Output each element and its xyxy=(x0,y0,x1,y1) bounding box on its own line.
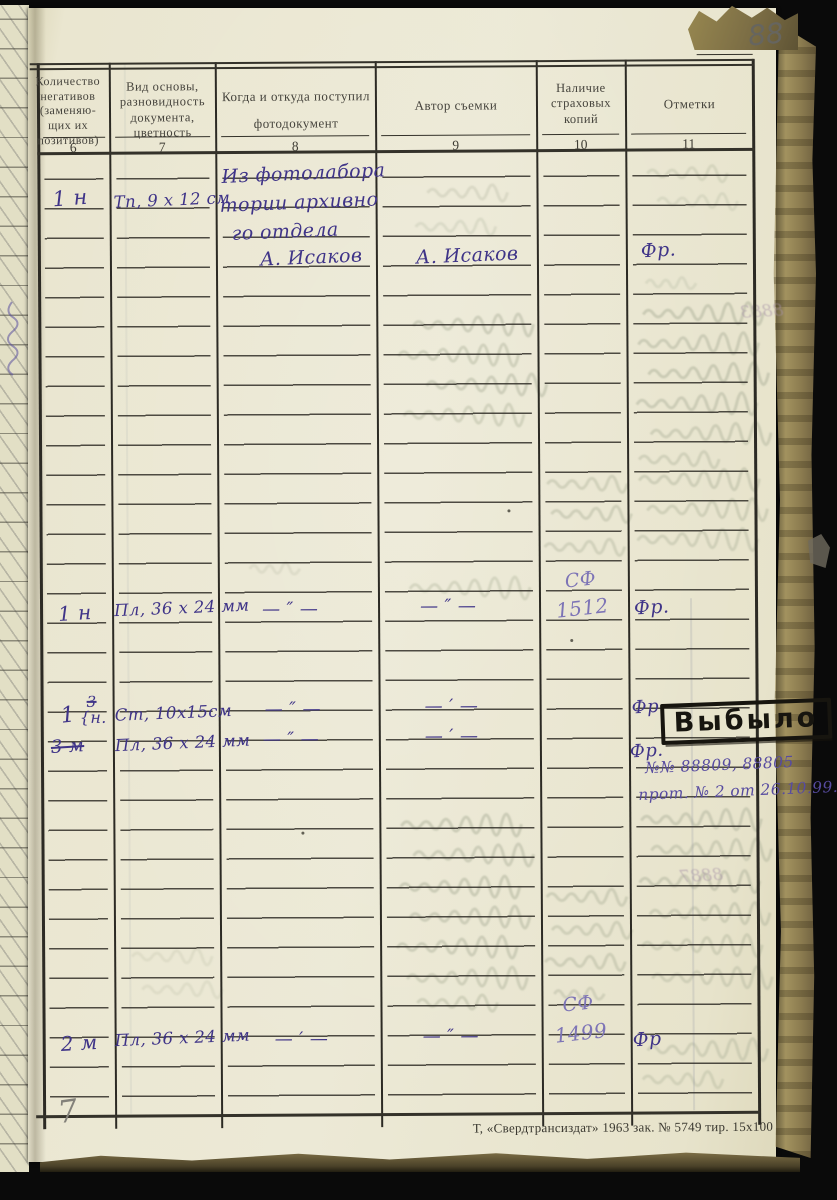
col10-number: 10 xyxy=(536,137,625,154)
margin-line xyxy=(697,54,753,56)
col9-number: 9 xyxy=(375,137,536,154)
entry1-author: А. Исаков xyxy=(415,242,518,268)
scanned-register-page: 8887 8883 Количе xyxy=(0,0,837,1200)
ruled-lines-col7 xyxy=(116,164,215,1115)
entry4-insurance-label: СФ xyxy=(561,991,594,1016)
entry1-quantity: 1 н xyxy=(52,185,89,212)
entry3a-author-ditto: — ′ — xyxy=(425,696,479,717)
col9-header: Автор съемки xyxy=(376,97,536,114)
entry3a-quantity-unit: {н. xyxy=(80,708,107,727)
header-underline xyxy=(381,134,530,136)
col7-number: 7 xyxy=(109,139,215,156)
entry3b-source-ditto: — ″ — xyxy=(263,728,319,749)
entry1-source-signature: А. Исаков xyxy=(259,244,362,270)
page-number-pencil: 88 xyxy=(746,16,785,53)
entry2-source-ditto: — ″ — xyxy=(262,598,318,619)
vybylo-stamp: Выбыло xyxy=(660,698,832,745)
entry2-marks: Фр. xyxy=(633,595,669,619)
ruled-lines-col10 xyxy=(543,162,625,1112)
entry1-marks: Фр. xyxy=(640,238,676,262)
entry3b-quantity-struck: 3 м xyxy=(50,735,84,758)
entry1-base-type: Тп, 9 х 12 см xyxy=(113,188,230,212)
entry3b-author-ditto: — ′ — xyxy=(425,726,479,747)
entry4-source-ditto: — ′ — xyxy=(275,1028,329,1049)
entry4-quantity: 2 м xyxy=(60,1030,98,1056)
entry2-insurance-label: СФ xyxy=(564,567,597,592)
ruled-lines-col8 xyxy=(222,163,375,1114)
col7-header: Вид основы, разновидность документа, цве… xyxy=(110,79,215,141)
entry4-author-ditto: — ″ — xyxy=(423,1026,479,1047)
col11-number: 11 xyxy=(625,136,752,153)
entry3a-source-ditto: — ″ — xyxy=(265,698,321,719)
printing-house-imprint: Т, «Свердтрансиздат» 1963 зак. № 5749 ти… xyxy=(413,1119,773,1137)
col8-header: Когда и откуда поступил фотодокумент xyxy=(217,82,375,138)
col6-number: 6 xyxy=(37,140,109,156)
entry3a-quantity: 1 xyxy=(59,702,76,728)
header-underline xyxy=(631,133,746,135)
entry2-author-ditto: — ″ — xyxy=(420,596,476,617)
entry2-quantity: 1 н xyxy=(57,600,92,626)
col6-header: Количество негативов (заменяю- щих их по… xyxy=(27,74,109,148)
entry1-source-line3: го отдела xyxy=(231,219,339,245)
entry4-marks: Фр xyxy=(632,1028,662,1052)
ruled-lines-col6 xyxy=(44,165,109,1115)
col10-header: Наличие страховых копий xyxy=(537,81,625,127)
table-top-line-2 xyxy=(30,64,754,70)
col11-header: Отметки xyxy=(626,96,753,113)
header-underline xyxy=(542,134,619,136)
entry3a-base-type: Ст, 10х15см xyxy=(114,701,232,725)
table-right-border xyxy=(752,59,761,1125)
col8-number: 8 xyxy=(215,138,375,155)
ruled-lines-col9 xyxy=(382,162,536,1113)
ruled-lines-col11 xyxy=(632,161,752,1112)
